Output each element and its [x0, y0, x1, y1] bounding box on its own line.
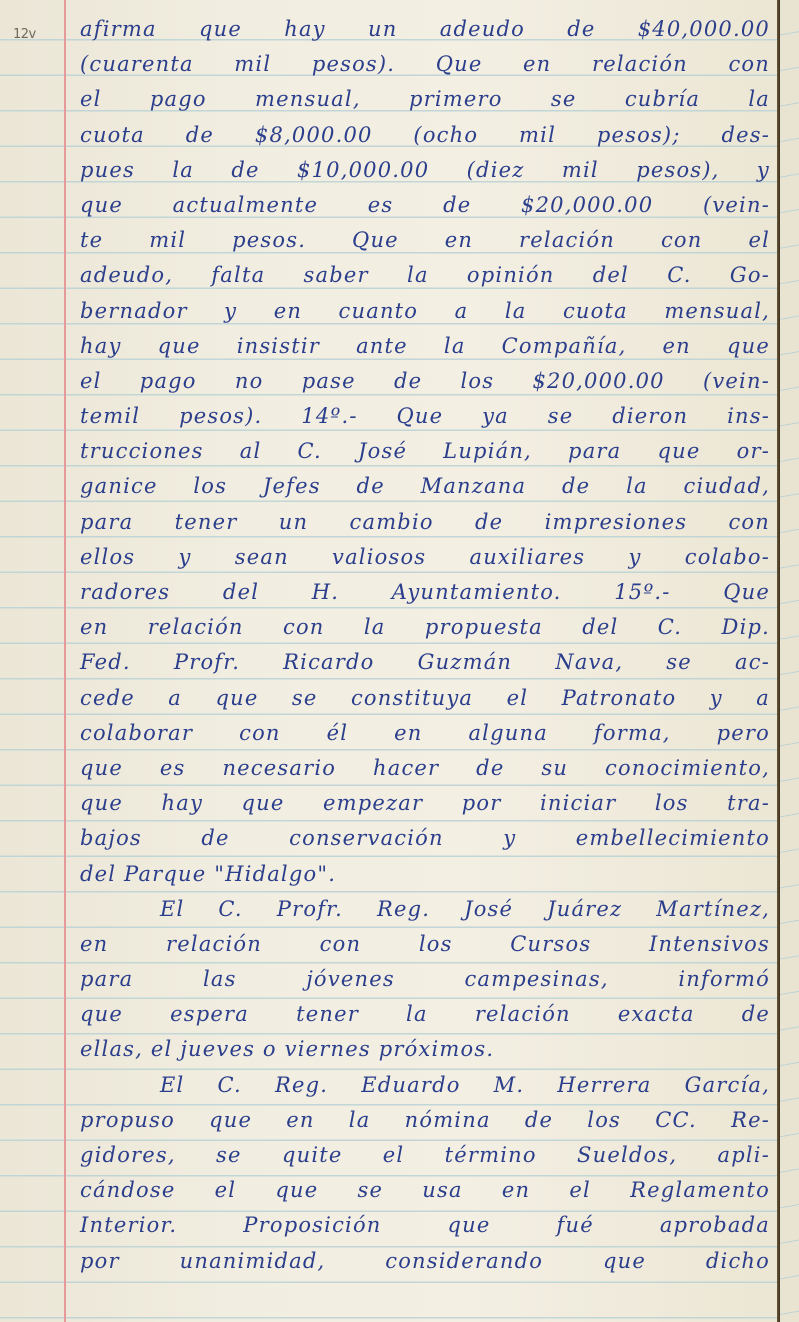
text-line: del Parque "Hidalgo". [80, 857, 770, 892]
text-line: (cuarenta mil pesos). Que en relación co… [80, 47, 770, 82]
text-line: Interior. Proposición que fué aprobada [80, 1208, 770, 1243]
text-line: propuso que en la nómina de los CC. Re- [80, 1103, 770, 1138]
handwritten-minutes: afirma que hay un adeudo de $40,000.00 (… [80, 12, 770, 1279]
text-line: ellas, el jueves o viernes próximos. [80, 1032, 770, 1067]
text-line: gidores, se quite el término Sueldos, ap… [80, 1138, 770, 1173]
text-line: en relación con la propuesta del C. Dip. [80, 610, 770, 645]
text-line: que es necesario hacer de su conocimient… [80, 751, 770, 786]
text-line: para las jóvenes campesinas, informó [80, 962, 770, 997]
text-line: ellos y sean valiosos auxiliares y colab… [80, 540, 770, 575]
text-line: pues la de $10,000.00 (diez mil pesos), … [80, 153, 770, 188]
text-line: cándose el que se usa en el Reglamento [80, 1173, 770, 1208]
text-line: colaborar con él en alguna forma, pero [80, 716, 770, 751]
text-line: el pago mensual, primero se cubría la [80, 82, 770, 117]
folio-number: 12v [13, 27, 36, 42]
text-line: bajos de conservación y embellecimiento [80, 821, 770, 856]
text-line: te mil pesos. Que en relación con el [80, 223, 770, 258]
text-line: cede a que se constituya el Patronato y … [80, 681, 770, 716]
text-line: temil pesos). 14º.- Que ya se dieron ins… [80, 399, 770, 434]
text-line: por unanimidad, considerando que dicho [80, 1244, 770, 1279]
adjacent-page-edge [780, 0, 799, 1322]
text-line: afirma que hay un adeudo de $40,000.00 [80, 12, 770, 47]
red-margin-line [64, 0, 66, 1322]
paragraph-start-line: El C. Profr. Reg. José Juárez Martínez, [80, 892, 770, 927]
text-line: trucciones al C. José Lupián, para que o… [80, 434, 770, 469]
text-line: que actualmente es de $20,000.00 (vein- [80, 188, 770, 223]
text-line: en relación con los Cursos Intensivos [80, 927, 770, 962]
text-line: que hay que empezar por iniciar los tra- [80, 786, 770, 821]
text-line: que espera tener la relación exacta de [80, 997, 770, 1032]
text-line: ganice los Jefes de Manzana de la ciudad… [80, 469, 770, 504]
text-line: para tener un cambio de impresiones con [80, 505, 770, 540]
text-line: bernador y en cuanto a la cuota mensual, [80, 294, 770, 329]
text-line: el pago no pase de los $20,000.00 (vein- [80, 364, 770, 399]
text-line: Fed. Profr. Ricardo Guzmán Nava, se ac- [80, 645, 770, 680]
text-line: cuota de $8,000.00 (ocho mil pesos); des… [80, 118, 770, 153]
paragraph-start-line: El C. Reg. Eduardo M. Herrera García, [80, 1068, 770, 1103]
text-line: radores del H. Ayuntamiento. 15º.- Que [80, 575, 770, 610]
text-line: hay que insistir ante la Compañía, en qu… [80, 329, 770, 364]
notebook-page: 12v afirma que hay un adeudo de $40,000.… [0, 0, 777, 1322]
text-line: adeudo, falta saber la opinión del C. Go… [80, 258, 770, 293]
